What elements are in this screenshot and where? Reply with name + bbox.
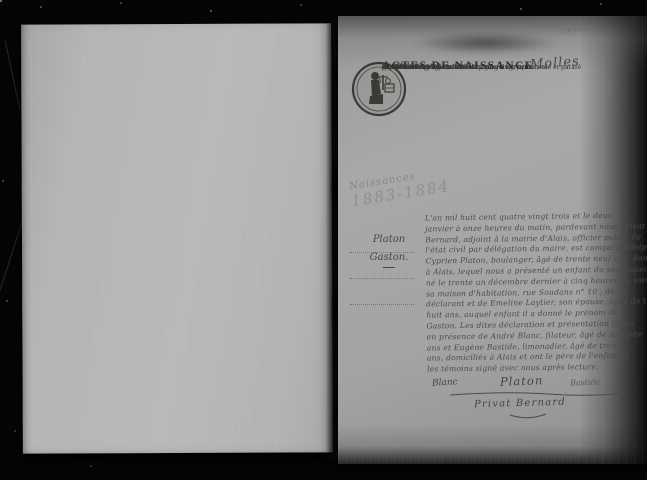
ink-smudge xyxy=(388,28,583,58)
archivist-pencil-note: Naissances 1883-1884 xyxy=(348,163,471,210)
father-signature: Platon xyxy=(500,373,544,389)
officer-signature-flourish xyxy=(508,412,548,422)
folio-annotation: 1re feuille xyxy=(560,21,640,35)
margin-rule-line xyxy=(350,304,414,305)
film-specks xyxy=(0,0,2,2)
blank-left-page xyxy=(21,23,333,453)
act-margin-name: Platon Gaston. xyxy=(354,234,424,268)
margin-rule-line xyxy=(350,278,414,279)
film-scratch xyxy=(5,41,21,110)
register-right-page: 1re feuille Nous soussigné, Trémond des … xyxy=(338,16,647,464)
witness-signature-right: Bastide xyxy=(570,377,601,387)
margin-firstname: Gaston. xyxy=(354,252,424,263)
officer-signature: Privat Bernard xyxy=(474,397,566,410)
register-opening-certificate: Nous soussigné, Trémond des Molles, juge… xyxy=(382,60,638,74)
margin-rule-line xyxy=(350,252,414,253)
witness-signature-left: Blanc xyxy=(432,377,458,388)
margin-surname: Platon xyxy=(354,234,424,245)
margin-dash xyxy=(383,267,395,268)
microfilm-scan: 1re feuille Nous soussigné, Trémond des … xyxy=(0,0,647,480)
birth-act-text: L'an mil huit cent quatre vingt trois et… xyxy=(425,210,645,375)
